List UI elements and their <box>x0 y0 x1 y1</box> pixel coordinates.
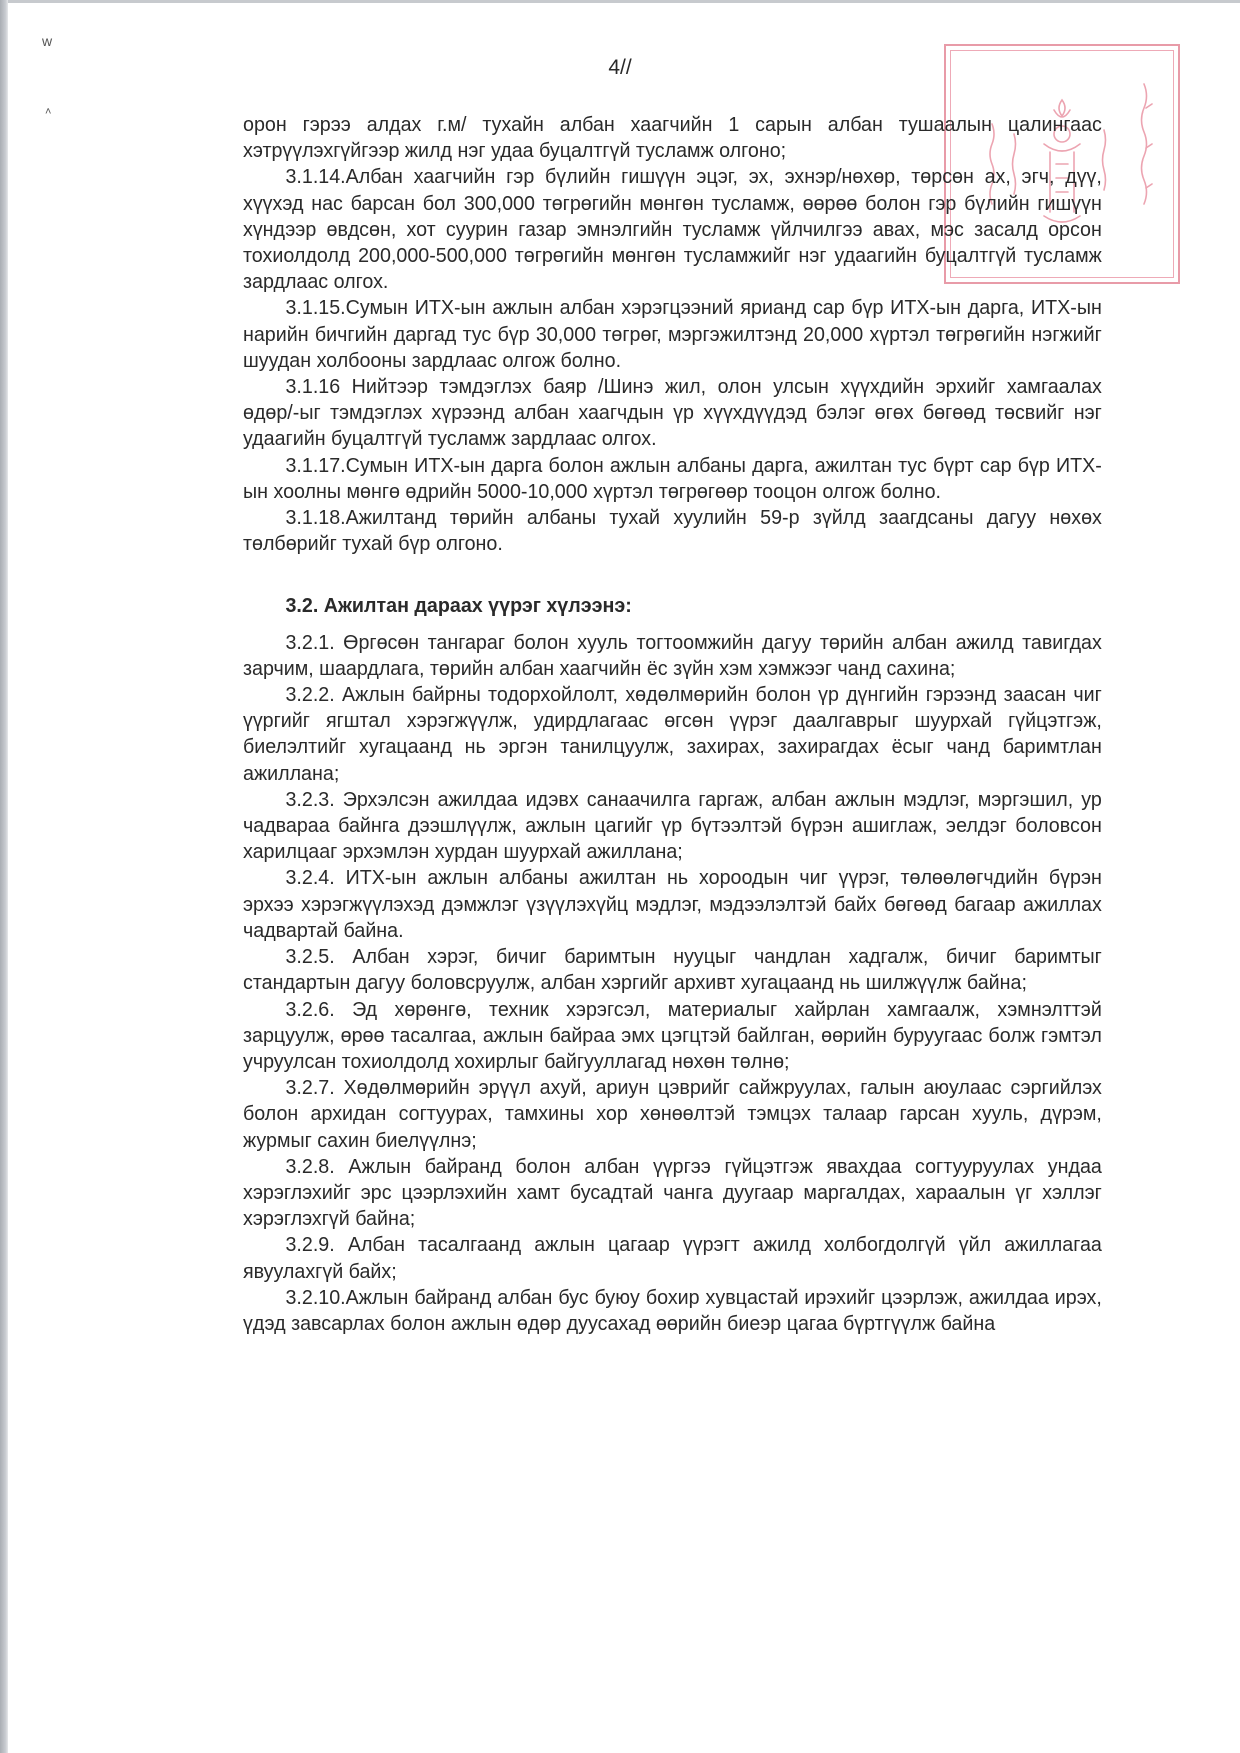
paragraph-3-2-9: 3.2.9. Албан тасалгаанд ажлын цагаар үүр… <box>243 1232 1102 1284</box>
paragraph-3-2-6: 3.2.6. Эд хөрөнгө, техник хэрэгсэл, мате… <box>243 997 1102 1076</box>
paragraph-text: 3.1.15.Сумын ИТХ-ын ажлын албан хэрэгцээ… <box>243 297 1102 371</box>
paragraph-text: 3.2.2. Ажлын байрны тодорхойлолт, хөдөлм… <box>243 684 1102 785</box>
paragraph-3-2-3: 3.2.3. Эрхэлсэн ажилдаа идэвх санаачилга… <box>243 787 1102 866</box>
paragraph-text: 3.1.18.Ажилтанд төрийн албаны тухай хуул… <box>243 507 1102 555</box>
paragraph-text: 3.2.3. Эрхэлсэн ажилдаа идэвх санаачилга… <box>243 789 1102 863</box>
document-body: орон гэрээ алдах г.м/ тухайн албан хаагч… <box>243 112 1102 1337</box>
scan-speck-mark: ˄ <box>45 107 51 118</box>
scan-left-edge <box>0 0 8 1753</box>
paragraph-3-1-15: 3.1.15.Сумын ИТХ-ын ажлын албан хэрэгцээ… <box>243 295 1102 374</box>
paragraph-text: 3.2.5. Албан хэрэг, бичиг баримтын нууцы… <box>243 946 1102 994</box>
paragraph-3-1-14: 3.1.14.Албан хаагчийн гэр бүлийн гишүүн … <box>243 164 1102 295</box>
paragraph-3-1-18: 3.1.18.Ажилтанд төрийн албаны тухай хуул… <box>243 505 1102 557</box>
paragraph-text: 3.1.14.Албан хаагчийн гэр бүлийн гишүүн … <box>243 166 1102 293</box>
paragraph-3-2-4: 3.2.4. ИТХ-ын ажлын албаны ажилтан нь хо… <box>243 865 1102 944</box>
paragraph-text: 3.2.4. ИТХ-ын ажлын албаны ажилтан нь хо… <box>243 867 1102 941</box>
paragraph-3-2-2: 3.2.2. Ажлын байрны тодорхойлолт, хөдөлм… <box>243 682 1102 787</box>
paragraph-text: 3.1.17.Сумын ИТХ-ын дарга болон ажлын ал… <box>243 455 1102 503</box>
paragraph-text: 3.1.16 Нийтээр тэмдэглэх баяр /Шинэ жил,… <box>243 376 1102 450</box>
paragraph-3-2-7: 3.2.7. Хөдөлмөрийн эрүүл ахуй, ариун цэв… <box>243 1075 1102 1154</box>
paragraph-3-1-16: 3.1.16 Нийтээр тэмдэглэх баяр /Шинэ жил,… <box>243 374 1102 453</box>
scan-speck-mark: ᴡ <box>42 34 52 48</box>
paragraph-text: 3.2.1. Өргөсөн тангараг болон хууль тогт… <box>243 632 1102 680</box>
paragraph-text: 3.2.6. Эд хөрөнгө, техник хэрэгсэл, мате… <box>243 999 1102 1073</box>
paragraph-text: 3.2.8. Ажлын байранд болон албан үүргээ … <box>243 1156 1102 1230</box>
scan-top-edge <box>0 0 1240 3</box>
paragraph-3-2-8: 3.2.8. Ажлын байранд болон албан үүргээ … <box>243 1154 1102 1233</box>
paragraph-3-2-5: 3.2.5. Албан хэрэг, бичиг баримтын нууцы… <box>243 944 1102 996</box>
paragraph-text: 3.2.9. Албан тасалгаанд ажлын цагаар үүр… <box>243 1234 1102 1282</box>
paragraph-3-1-17: 3.1.17.Сумын ИТХ-ын дарга болон ажлын ал… <box>243 453 1102 505</box>
section-heading-3-2: 3.2. Ажилтан дараах үүрэг хүлээнэ: <box>285 593 1101 619</box>
page-number: 4// <box>0 56 1240 80</box>
paragraph-text: 3.2.10.Ажлын байранд албан бус буюу бохи… <box>243 1287 1102 1335</box>
paragraph-3-1-13-continuation: орон гэрээ алдах г.м/ тухайн албан хаагч… <box>243 112 1102 164</box>
paragraph-3-2-10: 3.2.10.Ажлын байранд албан бус буюу бохи… <box>243 1285 1102 1337</box>
paragraph-3-2-1: 3.2.1. Өргөсөн тангараг болон хууль тогт… <box>243 630 1102 682</box>
paragraph-text: 3.2.7. Хөдөлмөрийн эрүүл ахуй, ариун цэв… <box>243 1077 1102 1151</box>
